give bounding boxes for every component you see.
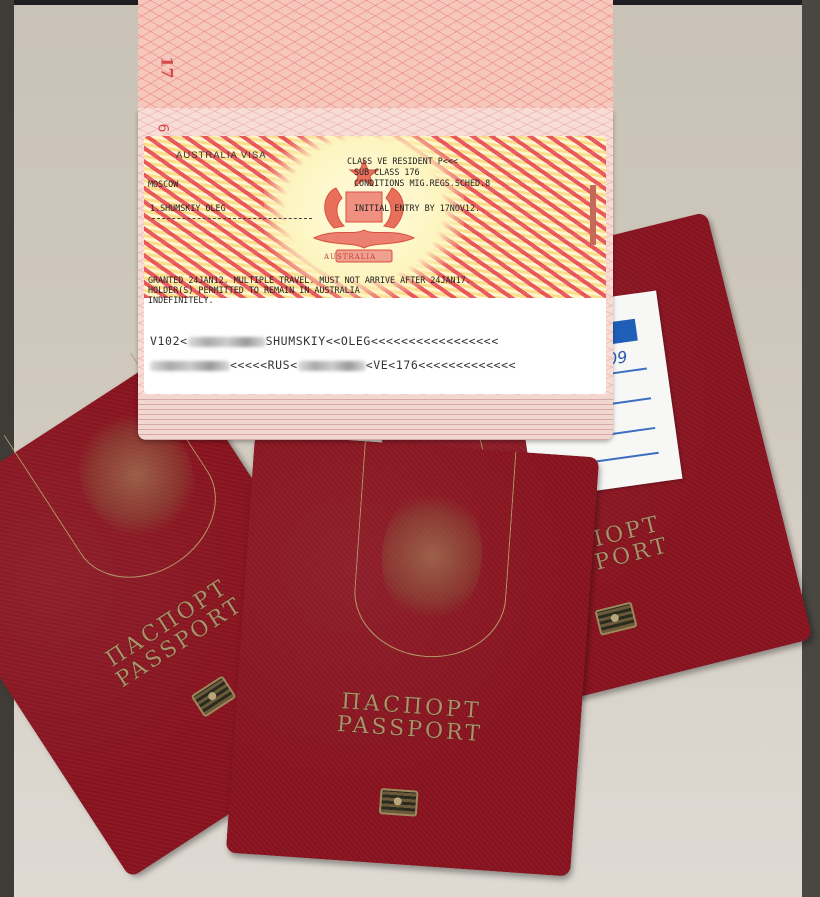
cover-title: ПАСПОРТ PASSPORT [289,687,532,750]
mrz-line-1-suffix: SHUMSKIY<<OLEG<<<<<<<<<<<<<<<<< [266,334,499,348]
biometric-chip-icon [594,601,637,635]
passport-cover-middle: ПАСПОРТ PASSPORT [226,433,599,876]
visa-granted-line-3: INDEFINITELY. [148,295,214,306]
passport-page-edges [138,395,613,440]
visa-sticker: AUSTRALIA AUSTRALIA VISA MOSCOW 1.SHUMSK… [144,136,606,394]
biometric-chip-icon [191,675,237,718]
passport-page-upper: 17 [138,0,613,108]
mrz-line-2: <<<<<RUS<<VE<176<<<<<<<<<<<<< [150,358,516,372]
visa-class: CLASS VE RESIDENT P<<< [347,156,458,167]
mrz-line-2-suffix: <VE<176<<<<<<<<<<<<< [366,358,516,372]
visa-issue-place: MOSCOW [148,179,178,190]
redacted-field [298,361,366,371]
visa-conditions: CONDITIONS MIG.REGS.SCHED.8 [354,178,490,189]
open-passport: 17 6 AUSTRALIA AUSTRALIA VISA MOSCOW 1.S… [138,0,616,440]
coat-of-arms-label: AUSTRALIA [324,253,376,261]
mrz-line-2-middle: <<<<<RUS< [230,358,298,372]
biometric-chip-icon [379,788,419,817]
signature-line [152,218,312,219]
page-number-lower: 6 [154,124,170,133]
visa-subclass: SUB CLASS 176 [354,167,420,178]
redacted-field [150,361,230,371]
visa-initial-entry: INITIAL ENTRY BY 17NOV12. [354,203,480,214]
scanner-edge-right [802,0,820,897]
mrz-line-1: V102<SHUMSKIY<<OLEG<<<<<<<<<<<<<<<<< [150,334,499,348]
visa-heading: AUSTRALIA VISA [176,150,267,161]
redacted-field [188,337,266,347]
visa-holder-name: 1.SHUMSKIY OLEG [150,203,226,214]
page-number-upper: 17 [158,56,177,78]
mrz-line-1-prefix: V102< [150,334,188,348]
page-side-tab [590,185,596,245]
